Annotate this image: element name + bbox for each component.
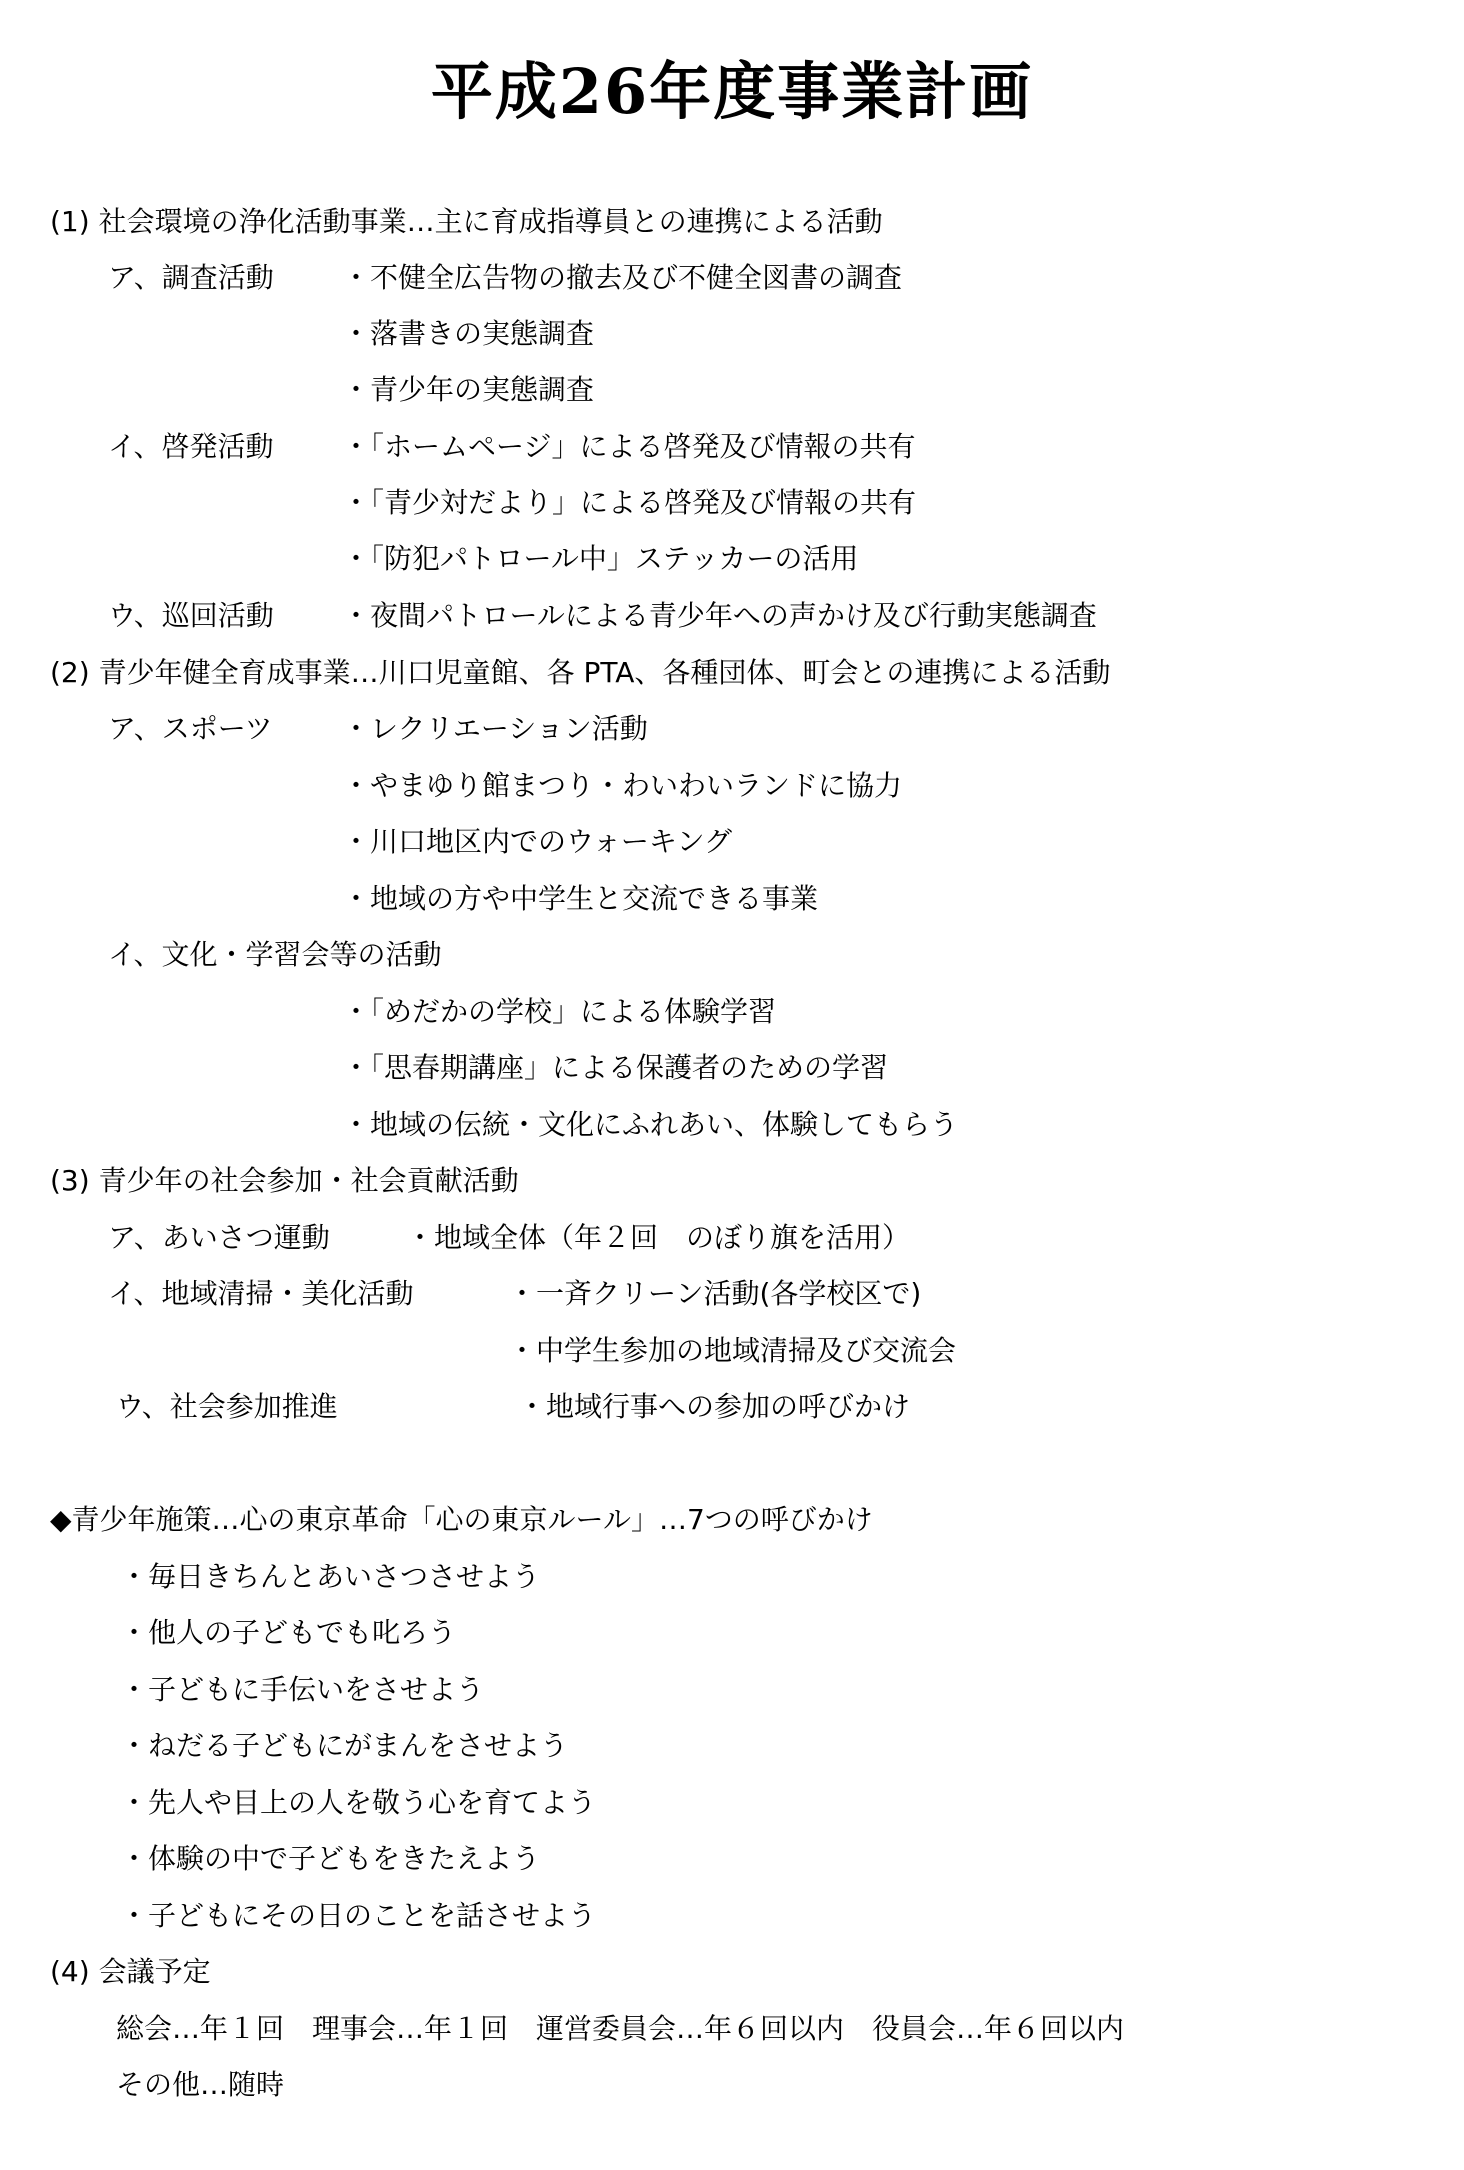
section-1-i-label: イ、啓発活動: [108, 427, 273, 467]
meeting-schedule: 総会…年１回 理事会…年１回 運営委員会…年６回以内 役員会…年６回以内: [116, 2009, 1124, 2049]
list-item: ・毎日きちんとあいさつさせよう: [120, 1557, 540, 1597]
section-3-i-label: イ、地域清掃・美化活動: [108, 1274, 413, 1314]
list-item: ・「防犯パトロール中」ステッカーの活用: [342, 539, 858, 579]
list-item: ・地域の方や中学生と交流できる事業: [342, 879, 818, 919]
section-3-heading: (3) 青少年の社会参加・社会貢献活動: [50, 1161, 519, 1201]
list-item: ・先人や目上の人を敬う心を育てよう: [120, 1783, 596, 1823]
section-1-a-label: ア、調査活動: [108, 258, 274, 298]
list-item: ・「思春期講座」による保護者のための学習: [342, 1048, 888, 1088]
list-item: ・地域行事への参加の呼びかけ: [518, 1387, 910, 1427]
list-item: ・川口地区内でのウォーキング: [342, 822, 732, 862]
section-3-a-label: ア、あいさつ運動: [108, 1218, 330, 1258]
list-item: ・体験の中で子どもをきたえよう: [120, 1839, 540, 1879]
list-item: ・一斉クリーン活動(各学校区で): [508, 1274, 921, 1314]
section-2-i-label: イ、文化・学習会等の活動: [108, 935, 441, 975]
list-item: ・子どもに手伝いをさせよう: [120, 1670, 484, 1710]
list-item: ・落書きの実態調査: [342, 314, 594, 354]
section-2-heading: (2) 青少年健全育成事業…川口児童館、各 PTA、各種団体、町会との連携による…: [50, 653, 1110, 693]
section-3-u-label: ウ、社会参加推進: [116, 1387, 338, 1427]
list-item: ・中学生参加の地域清掃及び交流会: [508, 1331, 956, 1371]
list-item: ・レクリエーション活動: [342, 709, 648, 749]
list-item: ・子どもにその日のことを話させよう: [120, 1896, 596, 1936]
list-item: ・青少年の実態調査: [342, 370, 594, 410]
page-title: 平成26年度事業計画: [0, 42, 1464, 131]
list-item: ・「青少対だより」による啓発及び情報の共有: [342, 483, 916, 523]
list-item: ・「めだかの学校」による体験学習: [342, 992, 776, 1032]
section-1-u-label: ウ、巡回活動: [108, 596, 274, 636]
list-item: ・「ホームページ」による啓発及び情報の共有: [342, 427, 915, 467]
list-item: ・地域の伝統・文化にふれあい、体験してもらう: [342, 1105, 958, 1145]
section-4-heading: (4) 会議予定: [50, 1952, 211, 1992]
section-1-heading: (1) 社会環境の浄化活動事業…主に育成指導員との連携による活動: [50, 202, 883, 242]
section-2-a-label: ア、スポーツ: [108, 709, 273, 749]
policy-heading: ◆青少年施策…心の東京革命「心の東京ルール」…7つの呼びかけ: [50, 1500, 873, 1540]
list-item: ・他人の子どもでも叱ろう: [120, 1613, 456, 1653]
list-item: ・不健全広告物の撤去及び不健全図書の調査: [342, 258, 902, 298]
list-item: ・夜間パトロールによる青少年への声かけ及び行動実態調査: [342, 596, 1097, 636]
meeting-other: その他…随時: [116, 2065, 284, 2105]
list-item: ・ねだる子どもにがまんをさせよう: [120, 1726, 568, 1766]
list-item: ・地域全体（年２回 のぼり旗を活用）: [406, 1218, 910, 1258]
list-item: ・やまゆり館まつり・わいわいランドに協力: [342, 766, 902, 806]
